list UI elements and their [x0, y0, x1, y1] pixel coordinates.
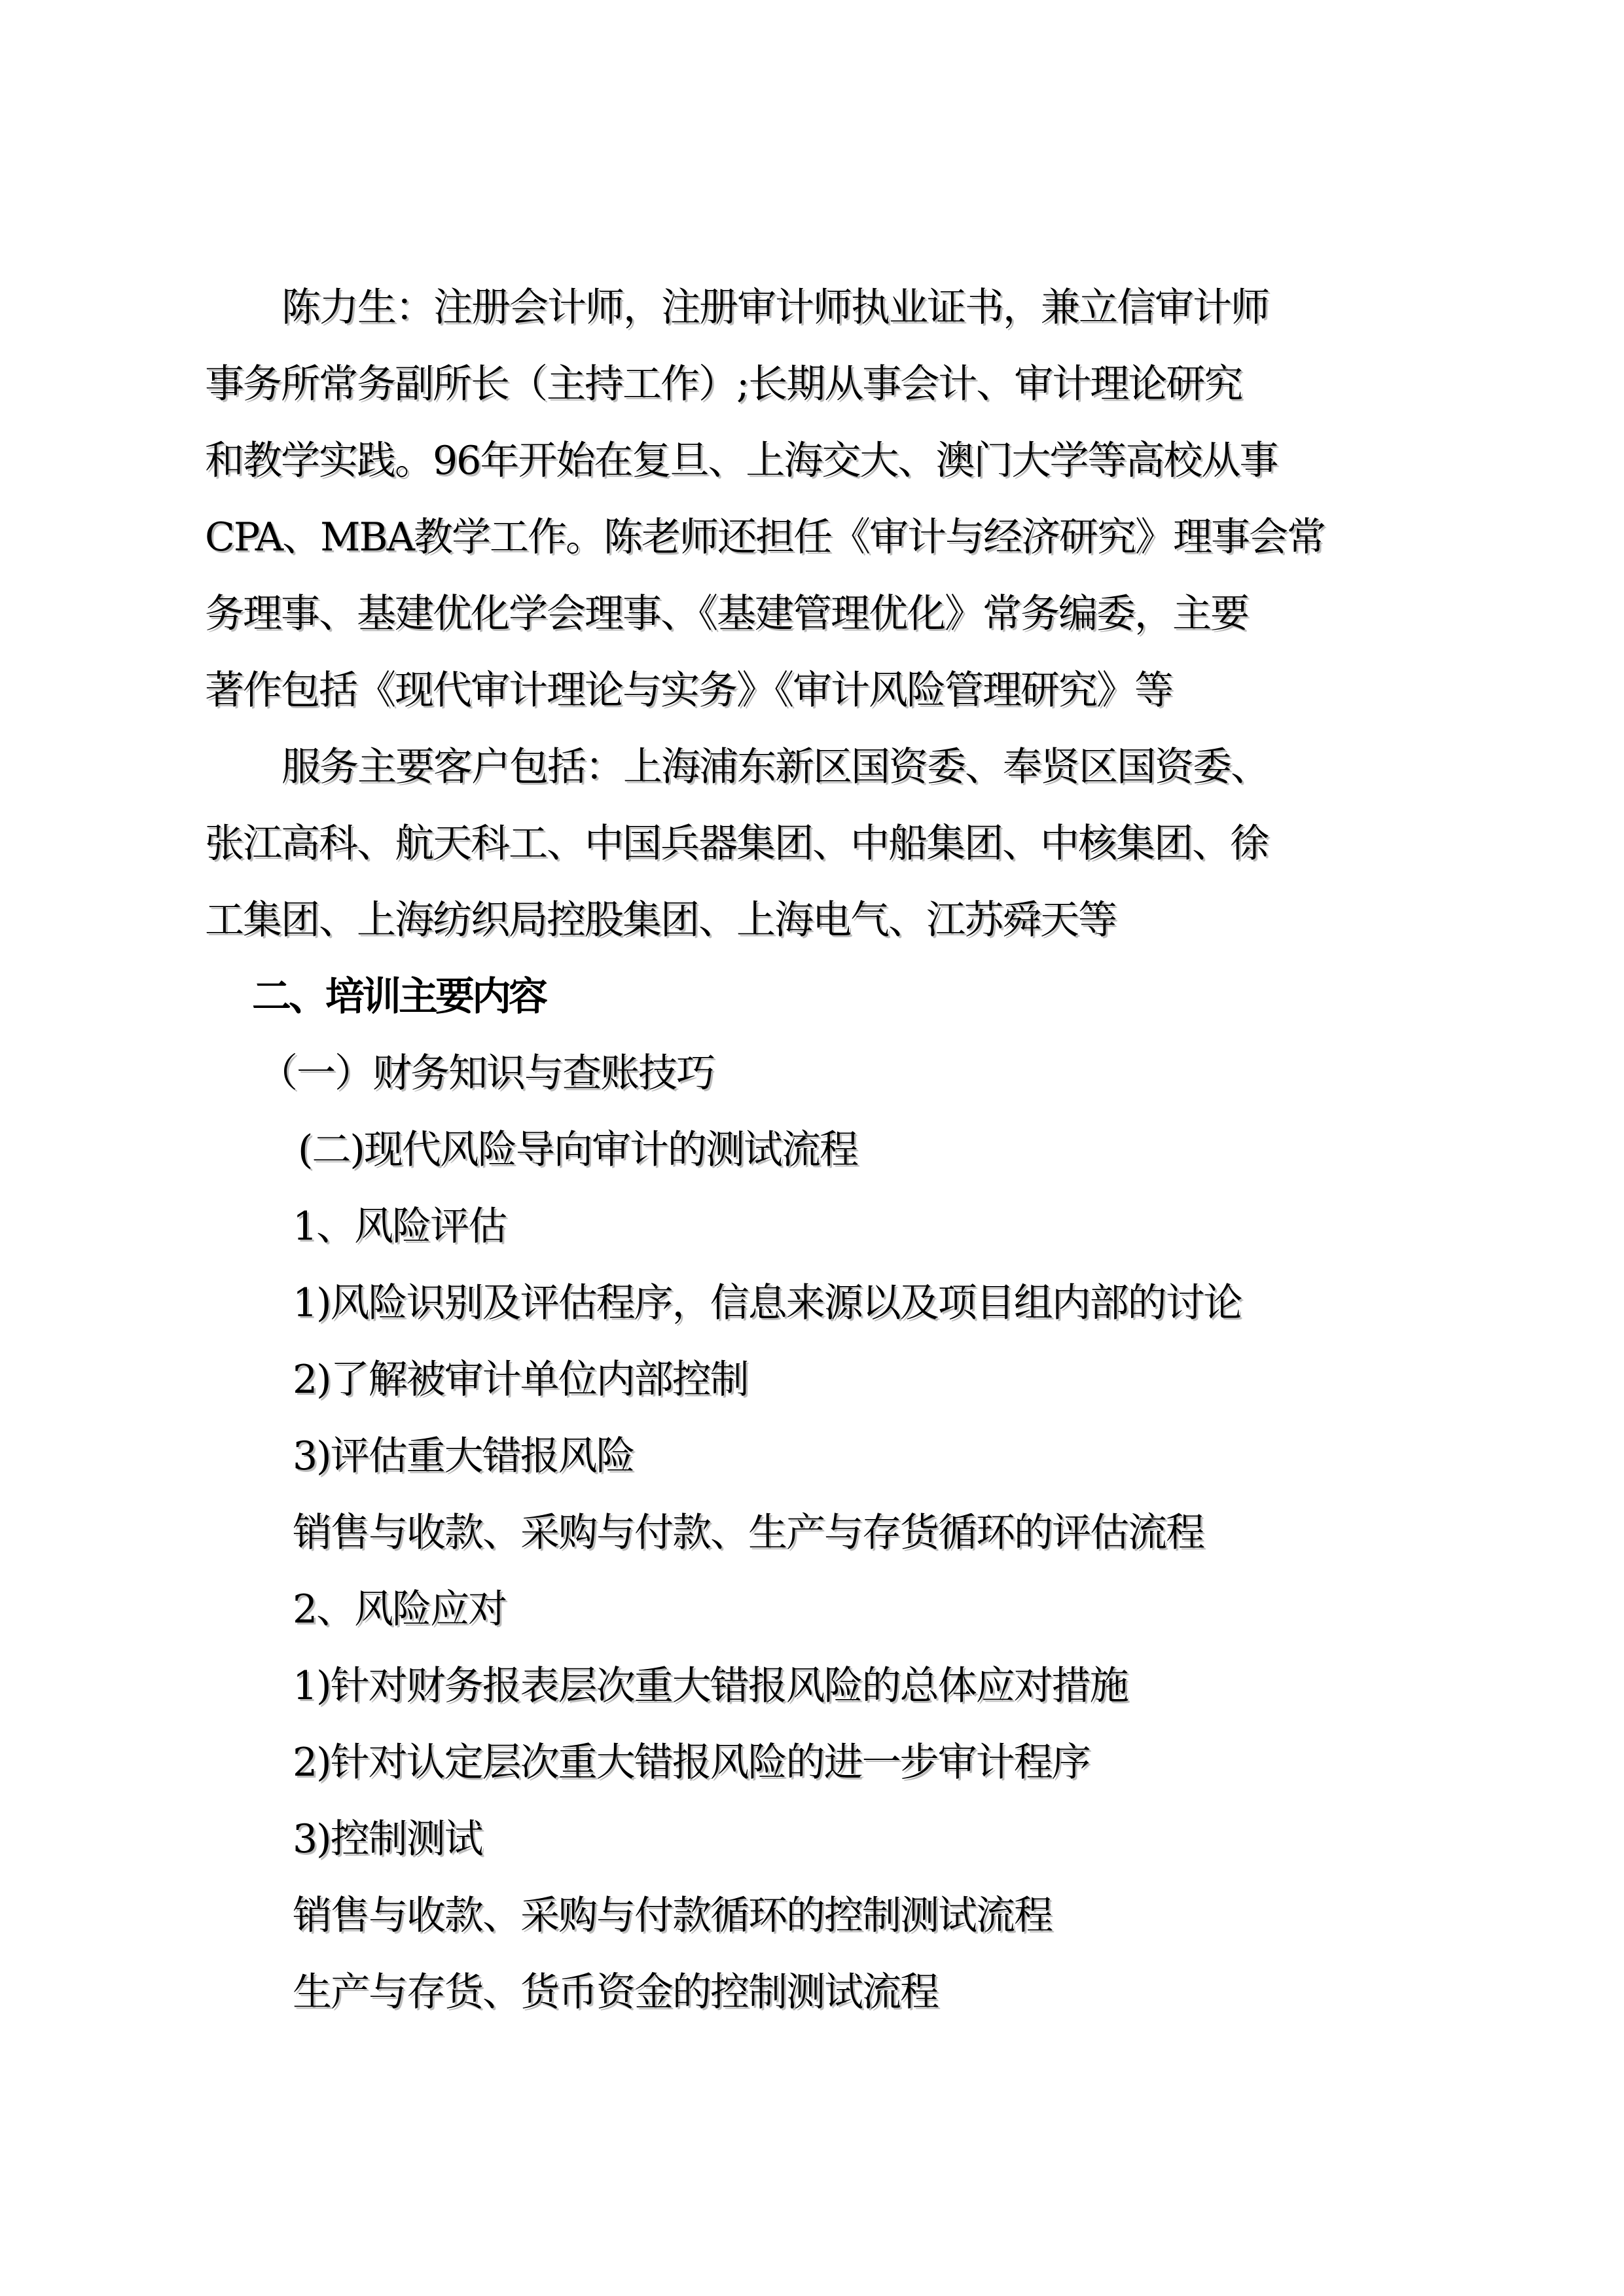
- bio-line: 陈力生：注册会计师，注册审计师执业证书，兼立信审计师: [281, 281, 1269, 334]
- clients-line: 工集团、上海纺织局控股集团、上海电气、江苏舜天等: [205, 894, 1116, 946]
- bio-line: 和教学实践。96年开始在复旦、上海交大、澳门大学等高校从事: [205, 435, 1277, 487]
- clients-line: 服务主要客户包括：上海浦东新区国资委、奉贤区国资委、: [281, 741, 1269, 793]
- bio-line: 事务所常务副所长（主持工作）;长期从事会计、审计理论研究: [205, 358, 1242, 410]
- list-item: 3)评估重大错报风险: [293, 1430, 634, 1482]
- section-heading: 二、培训主要内容: [252, 971, 545, 1023]
- list-item: 3)控制测试: [293, 1813, 482, 1865]
- subsection-title: （一）财务知识与查账技巧: [259, 1047, 714, 1100]
- bio-line: 著作包括《现代审计理论与实务》《审计风险管理研究》等: [205, 664, 1172, 717]
- list-heading: 2、风险应对: [293, 1583, 506, 1636]
- bio-line: CPA、MBA教学工作。陈老师还担任《审计与经济研究》理事会常: [205, 511, 1325, 564]
- list-heading: 1、风险评估: [293, 1200, 506, 1253]
- list-item: 2)针对认定层次重大错报风险的进一步审计程序: [293, 1736, 1090, 1789]
- list-item: 1)针对财务报表层次重大错报风险的总体应对措施: [293, 1660, 1128, 1712]
- list-note: 销售与收款、采购与付款循环的控制测试流程: [293, 1890, 1052, 1942]
- document-page: 陈力生：注册会计师，注册审计师执业证书，兼立信审计师 事务所常务副所长（主持工作…: [0, 0, 1624, 2296]
- list-note: 销售与收款、采购与付款、生产与存货循环的评估流程: [293, 1507, 1204, 1559]
- clients-line: 张江高科、航天科工、中国兵器集团、中船集团、中核集团、徐: [205, 817, 1268, 870]
- list-item: 2)了解被审计单位内部控制: [293, 1354, 748, 1406]
- bio-line: 务理事、基建优化学会理事、《基建管理优化》常务编委，主要: [205, 588, 1248, 640]
- list-item: 1)风险识别及评估程序，信息来源以及项目组内部的讨论: [293, 1277, 1242, 1329]
- subsection-title: (二)现代风险导向审计的测试流程: [298, 1124, 857, 1176]
- list-note: 生产与存货、货币资金的控制测试流程: [293, 1966, 938, 2018]
